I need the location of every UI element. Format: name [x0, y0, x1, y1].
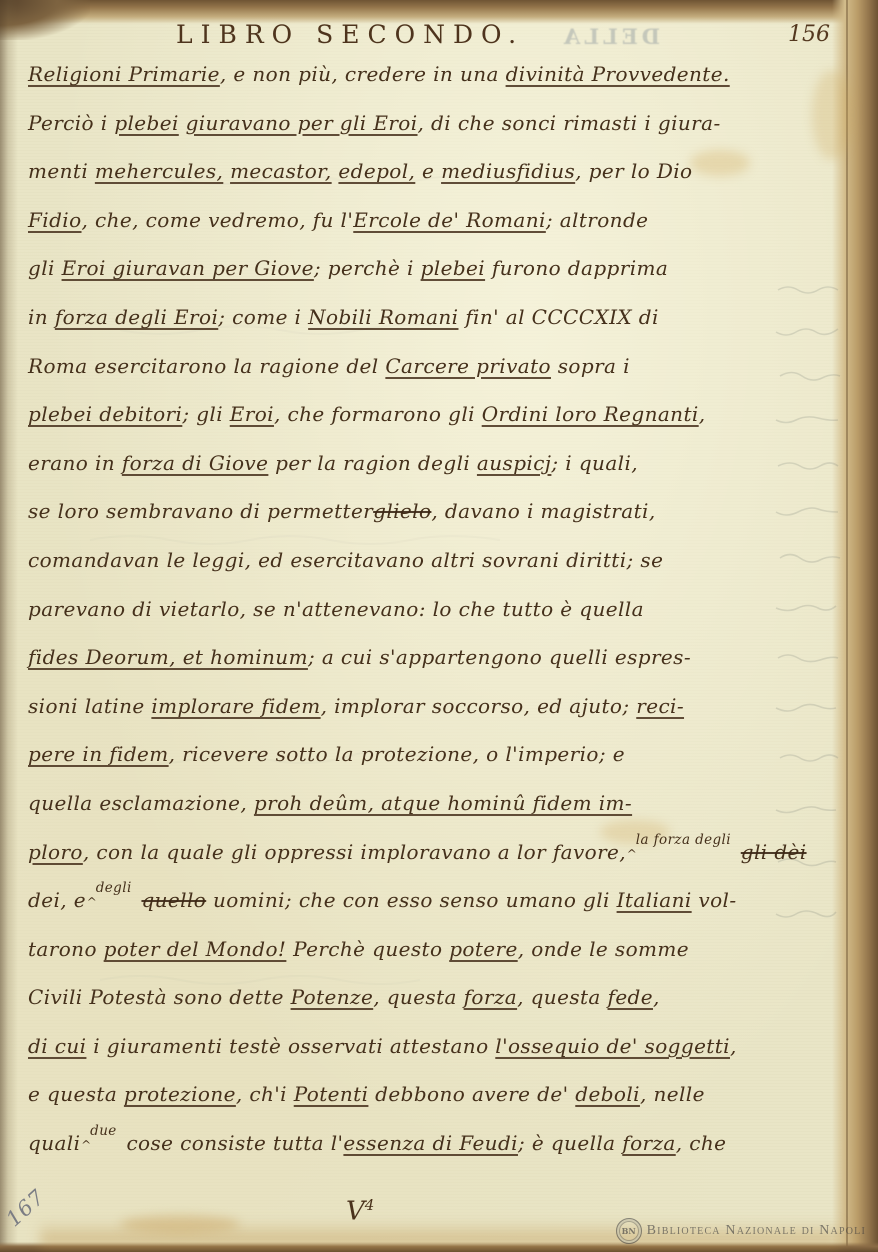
manuscript-text: , questa — [517, 985, 607, 1009]
underlined-text: di cui — [28, 1034, 86, 1058]
manuscript-text: , con la quale gli oppressi imploravano … — [83, 840, 633, 864]
manuscript-text: ; a cui s'appartengono quelli espres- — [308, 645, 691, 669]
manuscript-text: quali — [28, 1131, 87, 1155]
manuscript-text: , e non più, credere in una — [220, 62, 506, 86]
manuscript-line: Civili Potestà sono dette Potenze, quest… — [28, 985, 818, 1034]
gathering-exponent: 4 — [365, 1196, 375, 1214]
underlined-text: Religioni Primarie — [28, 62, 220, 86]
gathering-signature: V4 — [346, 1196, 374, 1227]
manuscript-text: menti — [28, 159, 95, 183]
underlined-text: Ercole de' Romani — [353, 208, 546, 232]
manuscript-text: erano in — [28, 451, 122, 475]
manuscript-text: furono dapprima — [485, 256, 668, 280]
underlined-text: divinità Provvedente. — [506, 62, 730, 86]
manuscript-text — [179, 111, 186, 135]
manuscript-text: , che formarono gli — [274, 402, 482, 426]
manuscript-line: quali due cose consiste tutta l'essenza … — [28, 1131, 818, 1180]
underlined-text: giuravano per gli Eroi — [186, 111, 418, 135]
folio-number: 156 — [788, 22, 830, 47]
manuscript-line: e questa protezione, ch'i Potenti debbon… — [28, 1082, 818, 1131]
manuscript-text: , che — [676, 1131, 727, 1155]
manuscript-text: gli — [28, 256, 62, 280]
manuscript-text: , ricevere sotto la protezione, o l'impe… — [169, 742, 625, 766]
manuscript-line: gli Eroi giuravan per Giove; perchè i pl… — [28, 256, 818, 305]
underlined-text: mecastor, — [230, 159, 332, 183]
fore-edge-line — [846, 0, 848, 1252]
manuscript-text: , che, come vedremo, fu l' — [82, 208, 354, 232]
underlined-text: deboli — [575, 1082, 640, 1106]
manuscript-text: Civili Potestà sono dette — [28, 985, 291, 1009]
underlined-text: mediusfidius — [441, 159, 575, 183]
underlined-text: forza di Giove — [122, 451, 269, 475]
manuscript-text: ; perchè i — [314, 256, 421, 280]
underlined-text: Ordini loro Regnanti — [482, 402, 699, 426]
underlined-text: ploro — [28, 840, 83, 864]
gathering-letter: V — [346, 1197, 365, 1227]
underlined-text: poter del Mondo! — [104, 937, 287, 961]
struck-out-text: quello — [141, 888, 206, 912]
manuscript-line: comandavan le leggi, ed esercitavano alt… — [28, 548, 818, 597]
library-watermark-label: Biblioteca Nazionale di Napoli — [647, 1223, 866, 1239]
manuscript-text — [734, 840, 741, 864]
underlined-text: essenza di Feudi — [343, 1131, 518, 1155]
manuscript-line: dei, e degli quello uomini; che con esso… — [28, 888, 818, 937]
underlined-text: plebei — [114, 111, 178, 135]
manuscript-text: , implorar soccorso, ed ajuto; — [321, 694, 637, 718]
library-monogram-icon: BN — [616, 1218, 642, 1244]
underlined-text: l'ossequio de' soggetti — [495, 1034, 730, 1058]
manuscript-text: ; gli — [182, 402, 229, 426]
manuscript-line: parevano di vietarlo, se n'attenevano: l… — [28, 597, 818, 646]
show-through-header-text: DELLA — [560, 24, 660, 49]
manuscript-line: Perciò i plebei giuravano per gli Eroi, … — [28, 111, 818, 160]
manuscript-text: e — [415, 159, 441, 183]
foxing-spot — [812, 70, 852, 160]
manuscript-page-scan: DELLA LIBRO SECONDO. 156 Religioni Prima… — [0, 0, 878, 1252]
underlined-text: plebei — [421, 256, 485, 280]
manuscript-line: se loro sembravano di permetterglielo, d… — [28, 499, 818, 548]
manuscript-text: , ch'i — [236, 1082, 294, 1106]
underlined-text: Potenze — [291, 985, 374, 1009]
manuscript-text: , onde le somme — [518, 937, 689, 961]
manuscript-line: menti mehercules, mecastor, edepol, e me… — [28, 159, 818, 208]
underlined-text: forza degli Eroi — [55, 305, 218, 329]
manuscript-text: , — [653, 985, 660, 1009]
underlined-text: Eroi — [230, 402, 274, 426]
underlined-text: Fidio — [28, 208, 82, 232]
inserted-text: degli — [96, 880, 132, 896]
manuscript-line: Religioni Primarie, e non più, credere i… — [28, 62, 818, 111]
manuscript-text: uomini; che con esso senso umano gli — [206, 888, 616, 912]
underlined-text: mehercules, — [95, 159, 223, 183]
underlined-text: Eroi giuravan per Giove — [62, 256, 314, 280]
manuscript-text: tarono — [28, 937, 104, 961]
manuscript-body: Religioni Primarie, e non più, credere i… — [28, 62, 818, 1180]
manuscript-text: cose consiste tutta l' — [120, 1131, 344, 1155]
manuscript-text: , — [730, 1034, 737, 1058]
manuscript-text: , — [699, 402, 706, 426]
underlined-text: implorare fidem — [151, 694, 320, 718]
manuscript-text: i giuramenti testè osservati attestano — [86, 1034, 495, 1058]
manuscript-text: ; come i — [218, 305, 308, 329]
underlined-text: Nobili Romani — [308, 305, 458, 329]
manuscript-text: ; i quali, — [551, 451, 638, 475]
manuscript-text: sioni latine — [28, 694, 151, 718]
manuscript-text: , nelle — [640, 1082, 705, 1106]
inserted-text: due — [90, 1123, 117, 1139]
manuscript-text: ; è quella — [518, 1131, 622, 1155]
manuscript-line: sioni latine implorare fidem, implorar s… — [28, 694, 818, 743]
foxing-spot — [120, 1215, 240, 1233]
underlined-text: Potenti — [294, 1082, 369, 1106]
manuscript-text: , per lo Dio — [575, 159, 692, 183]
manuscript-text: sopra i — [551, 354, 630, 378]
manuscript-text: se loro sembravano di permetter — [28, 499, 373, 523]
manuscript-line: di cui i giuramenti testè osservati atte… — [28, 1034, 818, 1083]
manuscript-text: per la ragion degli — [268, 451, 477, 475]
manuscript-text: vol- — [692, 888, 737, 912]
manuscript-text: fin' al CCCCXIX di — [458, 305, 658, 329]
manuscript-text: , di che sonci rimasti i giura- — [418, 111, 721, 135]
manuscript-line: Fidio, che, come vedremo, fu l'Ercole de… — [28, 208, 818, 257]
underlined-text: protezione — [124, 1082, 236, 1106]
manuscript-text: parevano di vietarlo, se n'attenevano: l… — [28, 597, 644, 621]
underlined-text: fides Deorum, et hominum — [28, 645, 308, 669]
manuscript-line: ploro, con la quale gli oppressi implora… — [28, 840, 818, 889]
manuscript-text: comandavan le leggi, ed esercitavano alt… — [28, 548, 663, 572]
underlined-text: Carcere privato — [385, 354, 551, 378]
manuscript-text: ; altronde — [546, 208, 649, 232]
underlined-text: forza — [622, 1131, 675, 1155]
manuscript-line: tarono poter del Mondo! Perchè questo po… — [28, 937, 818, 986]
manuscript-line: plebei debitori; gli Eroi, che formarono… — [28, 402, 818, 451]
manuscript-line: erano in forza di Giove per la ragion de… — [28, 451, 818, 500]
underlined-text: pere in fidem — [28, 742, 169, 766]
manuscript-text: Perchè questo — [286, 937, 449, 961]
manuscript-text: Perciò i — [28, 111, 114, 135]
manuscript-text: Roma esercitarono la ragione del — [28, 354, 385, 378]
manuscript-text: debbono avere de' — [368, 1082, 575, 1106]
book-title: LIBRO SECONDO. — [176, 20, 524, 49]
underlined-text: plebei debitori — [28, 402, 182, 426]
underlined-text: edepol, — [338, 159, 415, 183]
manuscript-line: pere in fidem, ricevere sotto la protezi… — [28, 742, 818, 791]
struck-out-text: gli dèi — [741, 840, 807, 864]
underlined-text: auspicj — [477, 451, 551, 475]
manuscript-line: in forza degli Eroi; come i Nobili Roman… — [28, 305, 818, 354]
manuscript-line: Roma esercitarono la ragione del Carcere… — [28, 354, 818, 403]
struck-out-text: glielo — [373, 499, 431, 523]
manuscript-text: dei, e — [28, 888, 93, 912]
manuscript-text: quella esclamazione, — [28, 791, 254, 815]
underlined-text: forza — [464, 985, 517, 1009]
manuscript-text: , davano i magistrati, — [431, 499, 655, 523]
library-watermark: BN Biblioteca Nazionale di Napoli — [616, 1218, 866, 1244]
manuscript-text: e questa — [28, 1082, 124, 1106]
underlined-text: potere — [449, 937, 518, 961]
manuscript-text: , questa — [373, 985, 463, 1009]
binding-gutter-shadow — [0, 0, 18, 1252]
underlined-text: reci- — [636, 694, 684, 718]
underlined-text: fede — [608, 985, 653, 1009]
underlined-text: proh deûm, atque hominû fidem im- — [254, 791, 632, 815]
manuscript-text: in — [28, 305, 55, 329]
manuscript-line: fides Deorum, et hominum; a cui s'appart… — [28, 645, 818, 694]
inserted-text: la forza degli — [636, 832, 731, 848]
underlined-text: Italiani — [617, 888, 692, 912]
